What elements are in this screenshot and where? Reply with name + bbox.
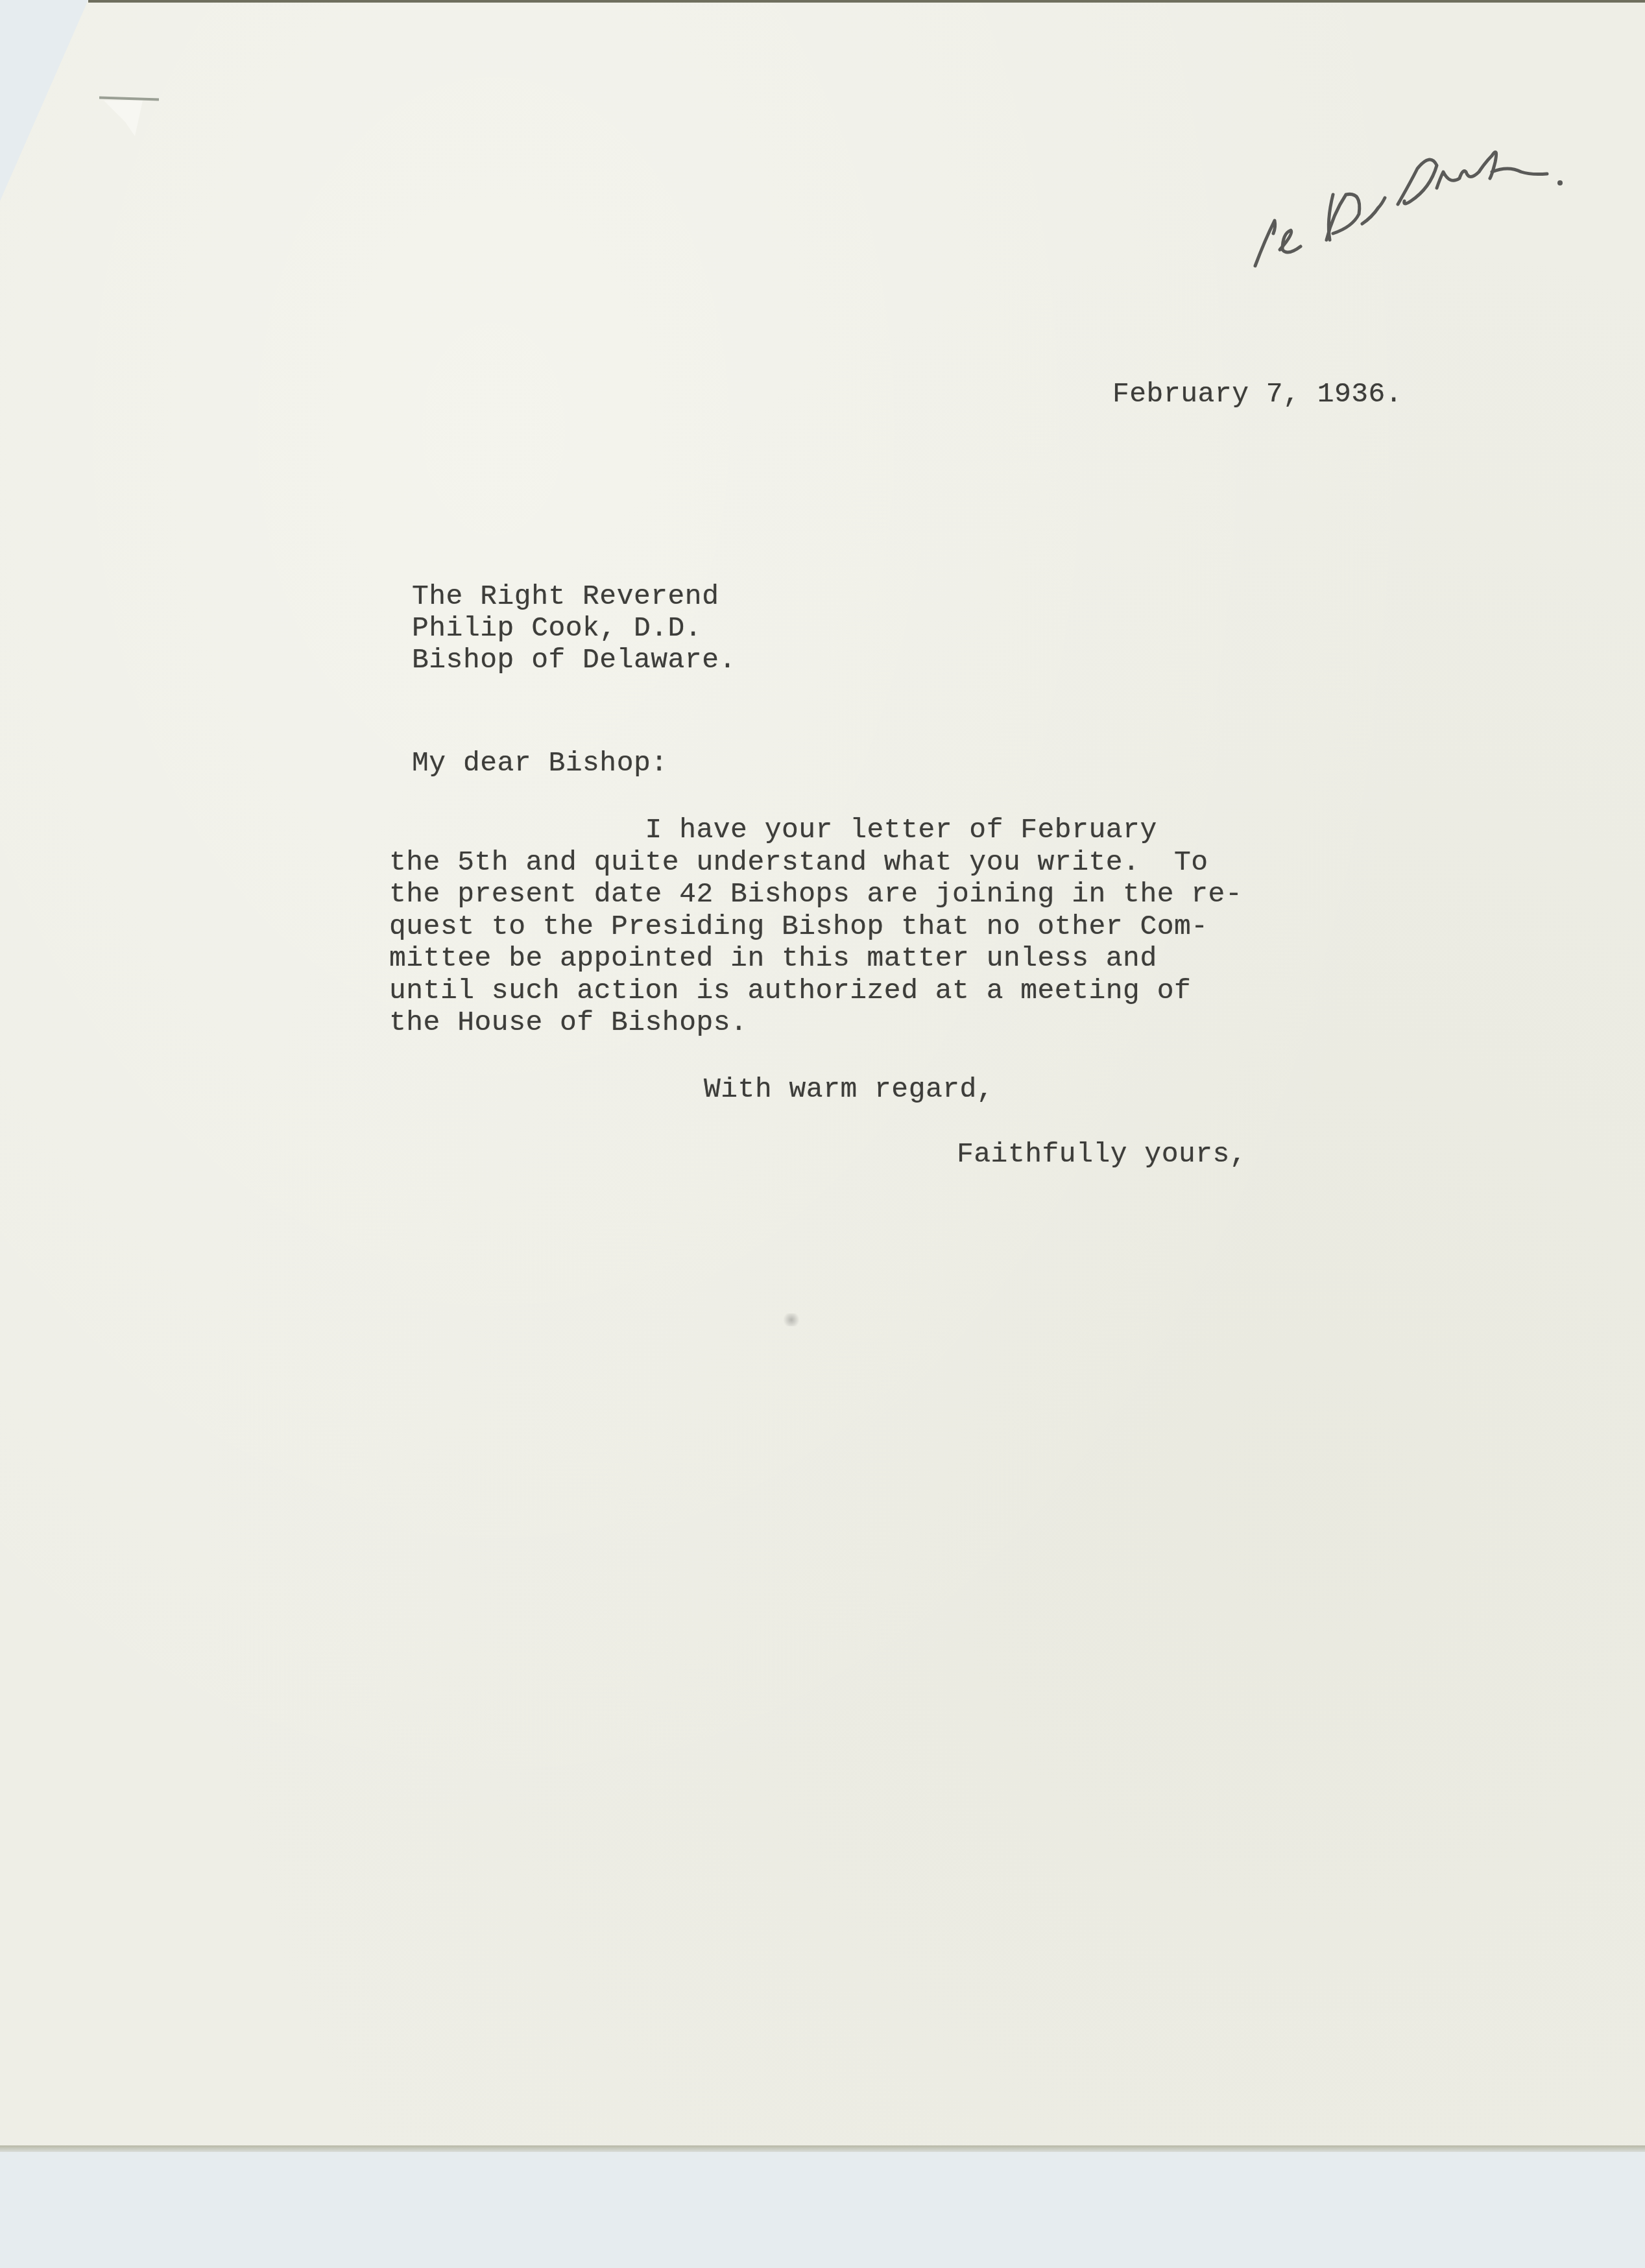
closing-phrase: With warm regard, (704, 1073, 994, 1105)
recipient-name: Philip Cook, D.D. (412, 612, 736, 644)
body-line: the 5th and quite understand what you wr… (389, 846, 1242, 879)
recipient-office: Bishop of Delaware. (412, 644, 736, 676)
body-line: mittee be appointed in this matter unles… (389, 942, 1242, 975)
ink-smudge (782, 1313, 801, 1326)
recipient-address: The Right ReverendPhilip Cook, D.D.Bisho… (412, 580, 736, 676)
recipient-title: The Right Reverend (412, 580, 736, 612)
body-line: the House of Bishops. (389, 1007, 1242, 1039)
letter-date: February 7, 1936. (1112, 378, 1402, 410)
body-line: the present date 42 Bishops are joining … (389, 878, 1242, 911)
salutation: My dear Bishop: (412, 747, 668, 779)
handwritten-annotation: re Dr Inch. (1236, 143, 1599, 272)
body-line: until such action is authorized at a mee… (389, 975, 1242, 1007)
letter-body: I have your letter of Februarythe 5th an… (389, 814, 1242, 1039)
letter-page (0, 0, 1645, 2145)
body-line: I have your letter of February (389, 814, 1242, 846)
paper-top-edge (88, 0, 1645, 3)
signoff: Faithfully yours, (957, 1138, 1247, 1170)
paper-bottom-edge (0, 2145, 1645, 2152)
body-line: quest to the Presiding Bishop that no ot… (389, 911, 1242, 943)
